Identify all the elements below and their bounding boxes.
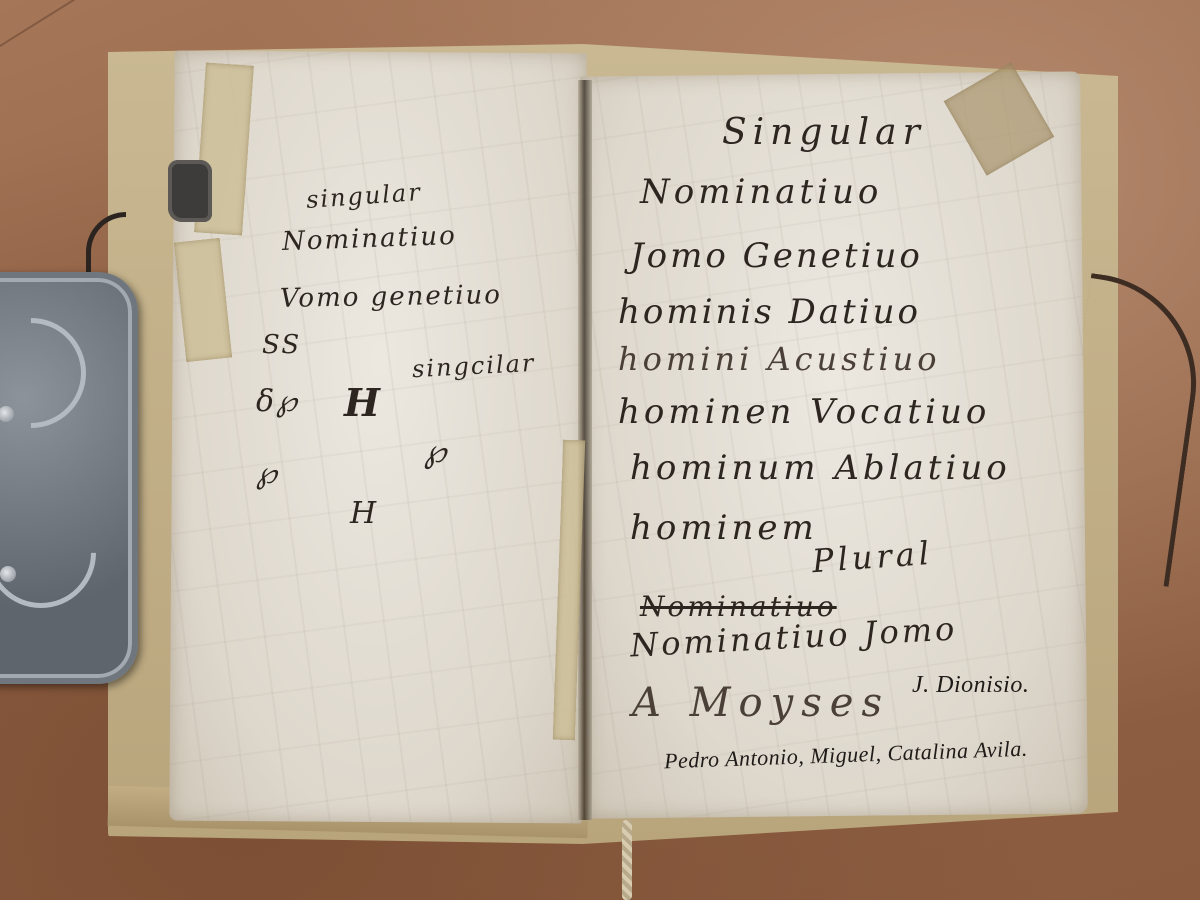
right-line: Jomo Genetiuo	[630, 236, 923, 276]
right-line: hominum Ablatiuo	[630, 448, 1011, 488]
rivet-icon	[0, 566, 16, 582]
left-line: Vomo genetiuo	[280, 280, 502, 314]
right-line: Nominatiuo	[640, 172, 882, 212]
right-heading: Singular	[722, 112, 926, 153]
signature-moyses: A Moyses	[632, 680, 890, 726]
doodle: H	[350, 496, 378, 531]
right-line: hominis Datiuo	[618, 292, 921, 332]
left-line: Nominatiuo	[282, 221, 458, 257]
doodle: δ℘	[256, 384, 299, 419]
left-line: SS	[262, 330, 301, 360]
right-line: homini Acustiuo	[618, 340, 941, 378]
metal-clasp	[0, 272, 138, 684]
doodle: H	[344, 380, 382, 425]
right-line: hominem	[630, 508, 818, 548]
binding-cord-icon	[86, 212, 126, 272]
doodle: ℘	[256, 456, 279, 491]
doodle: ℘	[424, 432, 448, 470]
scroll-ornament-icon	[0, 295, 109, 451]
right-line: hominen Vocatiuo	[618, 392, 990, 432]
signature-dionisio: J. Dionisio.	[912, 672, 1029, 699]
scroll-ornament-icon	[0, 475, 119, 631]
leather-knot-icon	[168, 160, 212, 222]
bookmark-string-icon	[622, 820, 632, 900]
